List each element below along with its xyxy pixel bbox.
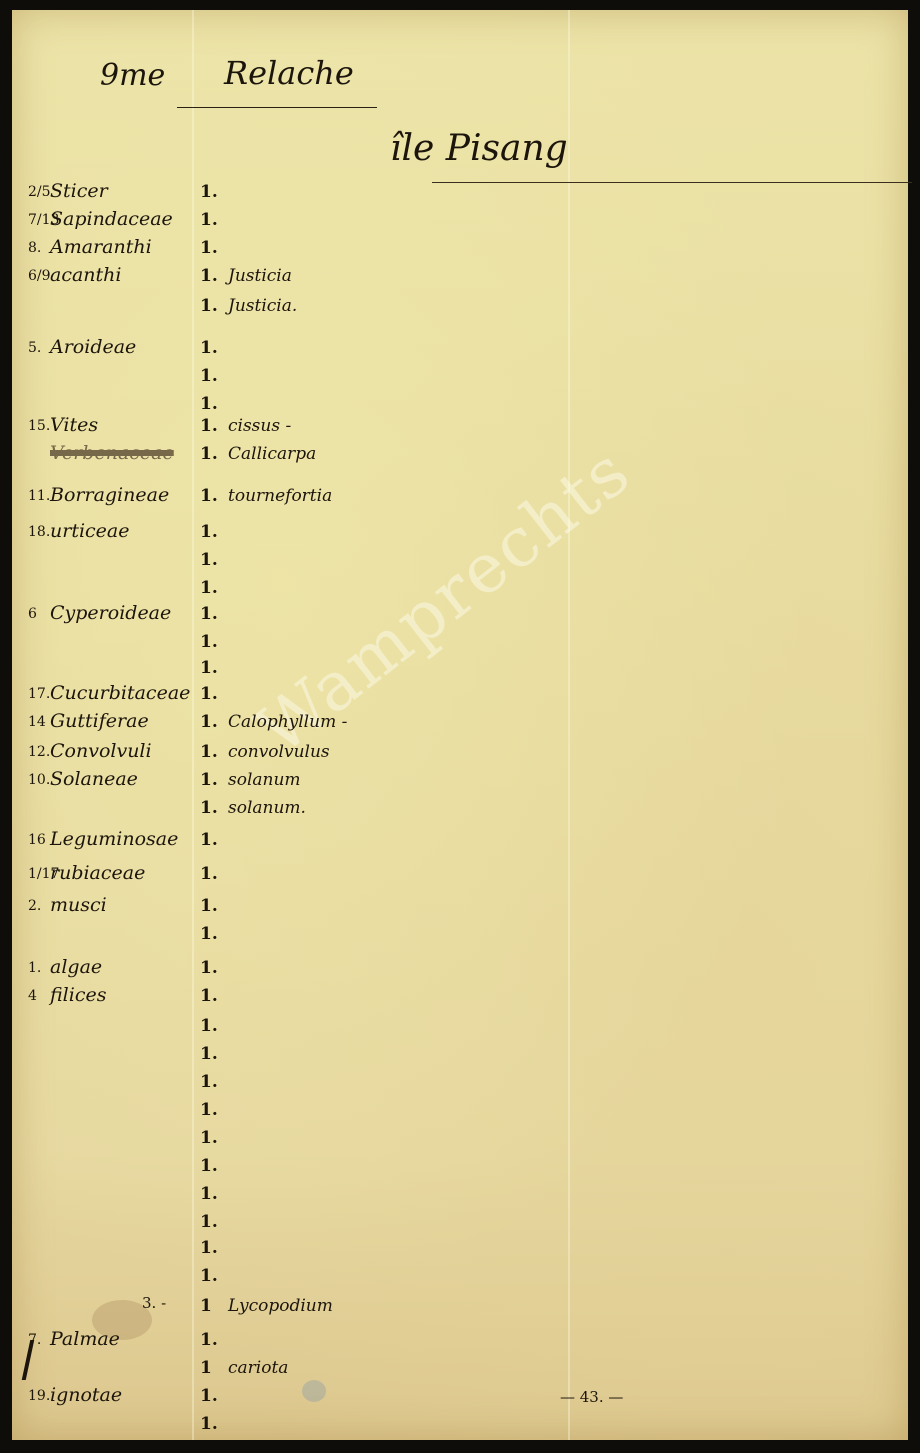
entry-count: 1. xyxy=(200,296,218,316)
entry-count: 1 xyxy=(200,1296,212,1316)
paper-fold-line xyxy=(192,10,194,1440)
entry-count: 1. xyxy=(200,366,218,386)
entry-genus: solanum xyxy=(228,770,301,790)
entry-family: urticeae xyxy=(50,520,130,542)
entry-count: 1. xyxy=(200,550,218,570)
entry-count: 1. xyxy=(200,864,218,884)
entry-count: 1. xyxy=(200,658,218,678)
entry-number: 6/9 xyxy=(28,268,51,284)
entry-count: 1. xyxy=(200,1386,218,1406)
entry-family: Cucurbitaceae xyxy=(50,682,190,704)
entry-number: 2. xyxy=(28,898,41,914)
entry-family: rubiaceae xyxy=(50,862,145,884)
entry-count: 1. xyxy=(200,210,218,230)
entry-number: 15. xyxy=(28,418,50,434)
entry-count: 1 xyxy=(200,1358,212,1378)
entry-count: 1. xyxy=(200,958,218,978)
entry-family: Vites xyxy=(50,414,98,436)
entry-family: musci xyxy=(50,894,107,916)
entry-number: 16 xyxy=(28,832,46,848)
entry-number: 4 xyxy=(28,988,37,1004)
entry-number: 2/5 xyxy=(28,184,51,200)
entry-count: 1. xyxy=(200,684,218,704)
entry-count: 1. xyxy=(200,712,218,732)
entry-family: Verbenaceae xyxy=(50,442,174,464)
entry-family: Borragineae xyxy=(50,484,169,506)
entry-count: 1. xyxy=(200,394,218,414)
entry-family: 3. - xyxy=(142,1294,166,1312)
manuscript-page: Wamprechts 9me Relache île Pisang 2/5Sti… xyxy=(12,10,908,1440)
entry-number: 11. xyxy=(28,488,50,504)
entry-count: 1. xyxy=(200,1044,218,1064)
entry-family: Guttiferae xyxy=(50,710,149,732)
entry-family: Leguminosae xyxy=(50,828,178,850)
entry-count: 1. xyxy=(200,632,218,652)
page-number: — 43. — xyxy=(560,1388,623,1406)
entry-genus: tournefortia xyxy=(228,486,332,506)
entry-count: 1. xyxy=(200,416,218,436)
paper-fold-line xyxy=(568,10,570,1440)
entry-count: 1. xyxy=(200,1156,218,1176)
entry-number: 1. xyxy=(28,960,41,976)
entry-number: 19. xyxy=(28,1388,50,1404)
entry-count: 1. xyxy=(200,522,218,542)
entry-count: 1. xyxy=(200,1330,218,1350)
entry-count: 1. xyxy=(200,1266,218,1286)
entry-count: 1. xyxy=(200,182,218,202)
entry-genus: Justicia. xyxy=(228,296,297,316)
entry-count: 1. xyxy=(200,578,218,598)
entry-count: 1. xyxy=(200,742,218,762)
entry-count: 1. xyxy=(200,830,218,850)
entry-count: 1. xyxy=(200,924,218,944)
ink-stain xyxy=(302,1380,326,1402)
entry-count: 1. xyxy=(200,238,218,258)
entry-family: algae xyxy=(50,956,102,978)
header-title: Relache xyxy=(224,54,354,92)
entry-genus: convolvulus xyxy=(228,742,330,762)
entry-count: 1. xyxy=(200,798,218,818)
header-place: île Pisang xyxy=(390,128,568,169)
entry-count: 1. xyxy=(200,486,218,506)
entry-count: 1. xyxy=(200,1238,218,1258)
entry-number: 18. xyxy=(28,524,50,540)
entry-number: 17. xyxy=(28,686,50,702)
entry-genus: Lycopodium xyxy=(228,1296,333,1316)
entry-genus: Justicia xyxy=(228,266,292,286)
entry-number: 10. xyxy=(28,772,50,788)
entry-count: 1. xyxy=(200,338,218,358)
entry-family: Sapindaceae xyxy=(50,208,173,230)
entry-family: Cyperoideae xyxy=(50,602,171,624)
entry-genus: solanum. xyxy=(228,798,306,818)
entry-family: ignotae xyxy=(50,1384,122,1406)
entry-family: Solaneae xyxy=(50,768,138,790)
header-ordinal: 9me xyxy=(100,58,165,93)
entry-family: Sticer xyxy=(50,180,108,202)
entry-family: Aroideae xyxy=(50,336,136,358)
ink-mark xyxy=(22,1340,35,1380)
place-underline xyxy=(432,182,912,183)
entry-genus: Calophyllum - xyxy=(228,712,347,732)
entry-genus: cissus - xyxy=(228,416,291,436)
entry-family: Palmae xyxy=(50,1328,120,1350)
entry-count: 1. xyxy=(200,266,218,286)
entry-count: 1. xyxy=(200,1212,218,1232)
entry-count: 1. xyxy=(200,1184,218,1204)
entry-number: 8. xyxy=(28,240,41,256)
entry-family: acanthi xyxy=(50,264,121,286)
header-underline xyxy=(177,107,377,108)
entry-genus: Callicarpa xyxy=(228,444,316,464)
entry-count: 1. xyxy=(200,444,218,464)
entry-count: 1. xyxy=(200,986,218,1006)
entry-number: 5. xyxy=(28,340,41,356)
entry-count: 1. xyxy=(200,1100,218,1120)
entry-count: 1. xyxy=(200,1414,218,1434)
entry-count: 1. xyxy=(200,1016,218,1036)
entry-number: 14 xyxy=(28,714,46,730)
entry-count: 1. xyxy=(200,896,218,916)
entry-count: 1. xyxy=(200,1128,218,1148)
entry-count: 1. xyxy=(200,770,218,790)
entry-number: 12. xyxy=(28,744,50,760)
entry-family: Amaranthi xyxy=(50,236,152,258)
entry-family: Convolvuli xyxy=(50,740,152,762)
entry-genus: cariota xyxy=(228,1358,288,1378)
entry-number: 6 xyxy=(28,606,37,622)
entry-count: 1. xyxy=(200,604,218,624)
entry-family: filices xyxy=(50,984,106,1006)
entry-count: 1. xyxy=(200,1072,218,1092)
